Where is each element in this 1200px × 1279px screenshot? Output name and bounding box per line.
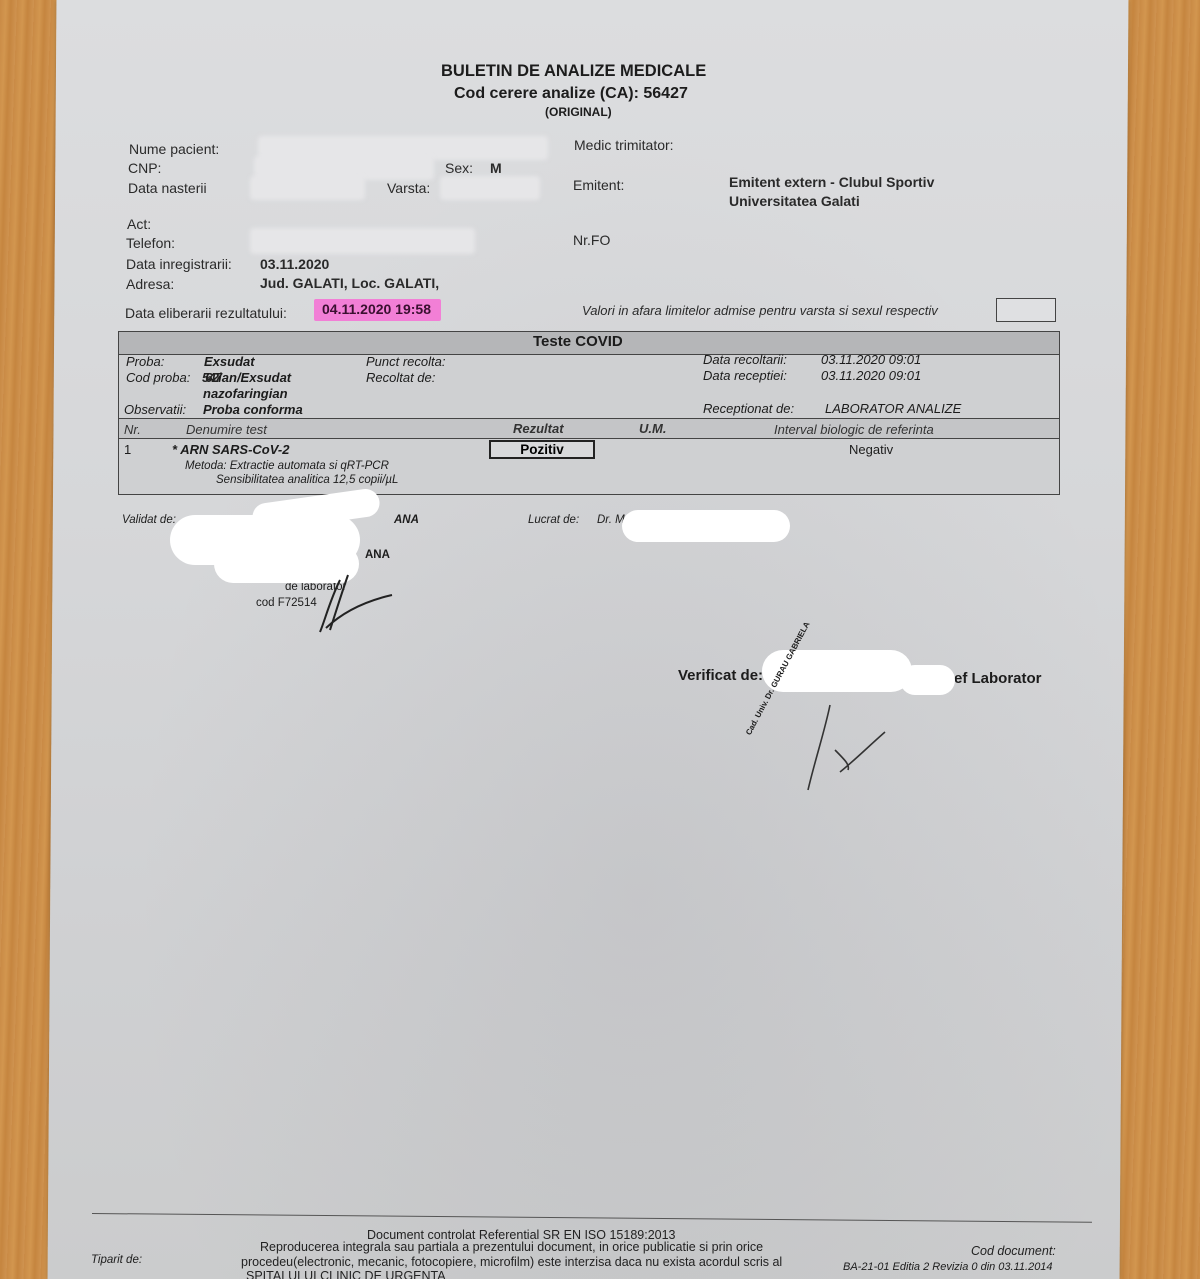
patient-name-label: Nume pacient: (129, 141, 219, 157)
registration-date-label: Data inregistrarii: (126, 256, 232, 272)
observations-label: Observatii: (124, 402, 186, 417)
reproduction-note-line1: Reproducerea integrala sau partiala a pr… (260, 1240, 763, 1254)
worked-by-prefix: Dr. M (597, 514, 625, 526)
received-by-value: LABORATOR ANALIZE (825, 401, 961, 416)
sample-code-label: Cod proba: (126, 370, 190, 385)
redaction-mark (900, 665, 955, 695)
out-of-range-note: Valori in afara limitelor admise pentru … (582, 303, 938, 318)
cnp-label: CNP: (128, 160, 161, 176)
sample-label: Proba: (126, 354, 164, 369)
sample-code-suffix: ian/Exsudat (218, 370, 291, 385)
divider (119, 438, 1059, 439)
col-nr: Nr. (124, 422, 141, 437)
document-title: BULETIN DE ANALIZE MEDICALE (441, 62, 706, 81)
reception-date-value: 03.11.2020 09:01 (821, 368, 921, 383)
issuer-value-line2: Universitatea Galati (729, 193, 860, 209)
issuer-label: Emitent: (573, 177, 624, 193)
validated-name-fragment: ANA (394, 514, 419, 526)
col-reference-interval: Interval biologic de referinta (774, 422, 934, 437)
address-label: Adresa: (126, 276, 174, 292)
release-date-highlight: 04.11.2020 19:58 (314, 301, 441, 319)
sample-code-number: 56427 (202, 370, 218, 385)
stamp-signature (780, 690, 890, 800)
observations-value: Proba conforma (203, 402, 303, 417)
sample-code-line2: nazofaringian (203, 386, 288, 401)
handwritten-signature (300, 570, 400, 640)
phone-label: Telefon: (126, 235, 175, 251)
document-code-label: Cod document: (971, 1244, 1056, 1258)
row-reference: Negativ (849, 442, 893, 457)
document-code-value: BA-21-01 Editia 2 Revizia 0 din 03.11.20… (843, 1261, 1053, 1273)
collected-by-label: Recoltat de: (366, 370, 435, 385)
birth-date-label: Data nasterii (128, 180, 207, 196)
section-title: Teste COVID (533, 333, 623, 350)
validated-name-fragment-2: ANA (365, 549, 390, 561)
redacted-age (440, 176, 540, 200)
reproduction-note-line2: procedeu(electronic, mecanic, fotocopier… (241, 1255, 782, 1269)
verified-role: ef Laborator (954, 670, 1042, 687)
collection-point-label: Punct recolta: (366, 354, 446, 369)
col-test-name: Denumire test (186, 422, 267, 437)
result-value-box: Pozitiv (489, 440, 595, 459)
worked-by-label: Lucrat de: (528, 514, 579, 526)
sex-label: Sex: (445, 160, 473, 176)
fo-number-label: Nr.FO (573, 232, 610, 248)
reception-date-label: Data receptiei: (703, 368, 787, 383)
sample-value: Exsudat (204, 354, 255, 369)
row-test-name: * ARN SARS-CoV-2 (172, 442, 290, 457)
sample-code-value: 56427ian/Exsudat (202, 370, 291, 385)
age-label: Varsta: (387, 180, 430, 196)
release-date-label: Data eliberarii rezultatului: (125, 305, 287, 321)
col-unit: U.M. (639, 421, 666, 436)
verified-by-label: Verificat de: (678, 667, 763, 684)
request-code: Cod cerere analize (CA): 56427 (454, 85, 688, 103)
row-method: Metoda: Extractie automata si qRT-PCR (185, 460, 389, 472)
printed-by-label: Tiparit de: (91, 1254, 142, 1266)
received-by-label: Receptionat de: (703, 401, 794, 416)
act-label: Act: (127, 216, 151, 232)
issuer-value-line1: Emitent extern - Clubul Sportiv (729, 174, 934, 190)
redacted-phone (250, 228, 475, 254)
row-nr: 1 (124, 442, 131, 457)
referring-doctor-label: Medic trimitator: (574, 137, 674, 153)
sex-value: M (490, 160, 502, 176)
row-sensitivity: Sensibilitatea analitica 12,5 copii/µL (216, 474, 398, 486)
validated-by-label: Validat de: (122, 514, 176, 526)
address-value: Jud. GALATI, Loc. GALATI, (260, 275, 439, 291)
result-value: Pozitiv (520, 442, 564, 457)
redaction-mark (622, 510, 790, 542)
redacted-birth-date (250, 176, 365, 200)
col-result: Rezultat (513, 421, 564, 436)
release-date-value: 04.11.2020 19:58 (314, 299, 441, 321)
reproduction-note-line3: SPITALULUI CLINIC DE URGENTA (246, 1269, 446, 1279)
collection-date-value: 03.11.2020 09:01 (821, 352, 921, 367)
out-of-range-indicator-box (996, 298, 1056, 322)
collection-date-label: Data recoltarii: (703, 352, 787, 367)
copy-type: (ORIGINAL) (545, 105, 612, 119)
divider (119, 418, 1059, 419)
registration-date-value: 03.11.2020 (260, 256, 329, 272)
